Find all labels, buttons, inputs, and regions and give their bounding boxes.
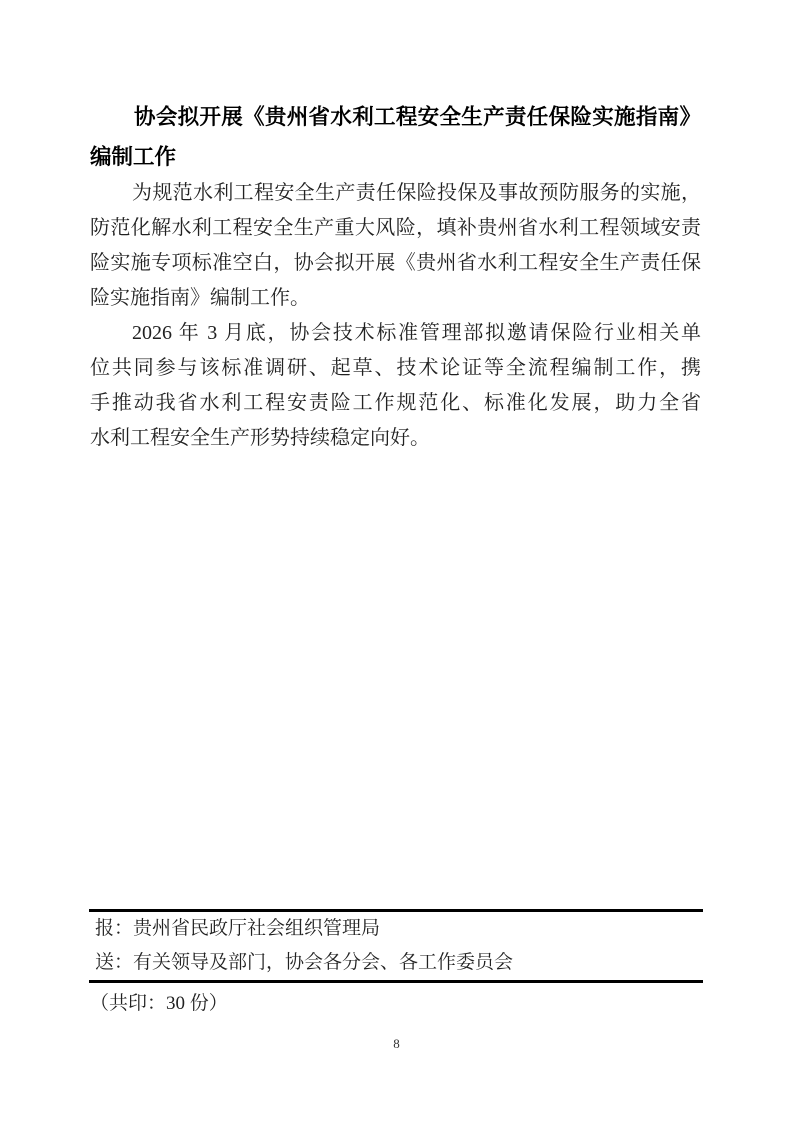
footer-rule-bottom	[89, 980, 703, 983]
document-title-line-1: 协会拟开展《贵州省水利工程安全生产责任保险实施指南》	[90, 97, 701, 137]
paragraph-1-line-4: 险实施指南》编制工作。	[90, 281, 701, 316]
paragraph-1-line-1: 为规范水利工程安全生产责任保险投保及事故预防服务的实施，	[90, 176, 701, 211]
document-title: 协会拟开展《贵州省水利工程安全生产责任保险实施指南》 编制工作	[90, 97, 701, 177]
paragraph-1-line-3: 险实施专项标准空白，协会拟开展《贵州省水利工程安全生产责任保	[90, 246, 701, 281]
paragraph-1-line-2: 防范化解水利工程安全生产重大风险，填补贵州省水利工程领域安责	[90, 211, 701, 246]
report-to-line: 报：贵州省民政厅社会组织管理局	[95, 912, 701, 946]
paragraph-2-line-1: 2026 年 3 月底，协会技术标准管理部拟邀请保险行业相关单	[90, 316, 701, 351]
document-body: 为规范水利工程安全生产责任保险投保及事故预防服务的实施， 防范化解水利工程安全生…	[90, 176, 701, 456]
document-page: 协会拟开展《贵州省水利工程安全生产责任保险实施指南》 编制工作 为规范水利工程安…	[0, 0, 793, 1122]
paragraph-2-line-3: 手推动我省水利工程安责险工作规范化、标准化发展，助力全省	[90, 386, 701, 421]
page-number: 8	[0, 1036, 793, 1052]
document-title-line-2: 编制工作	[90, 137, 701, 177]
paragraph-2-line-2: 位共同参与该标准调研、起草、技术论证等全流程编制工作，携	[90, 351, 701, 386]
send-to-line: 送：有关领导及部门，协会各分会、各工作委员会	[95, 946, 701, 980]
paragraph-2-line-4: 水利工程安全生产形势持续稳定向好。	[90, 421, 701, 456]
distribution-block: 报：贵州省民政厅社会组织管理局 送：有关领导及部门，协会各分会、各工作委员会	[95, 912, 701, 980]
print-count: （共印：30 份）	[90, 988, 228, 1020]
